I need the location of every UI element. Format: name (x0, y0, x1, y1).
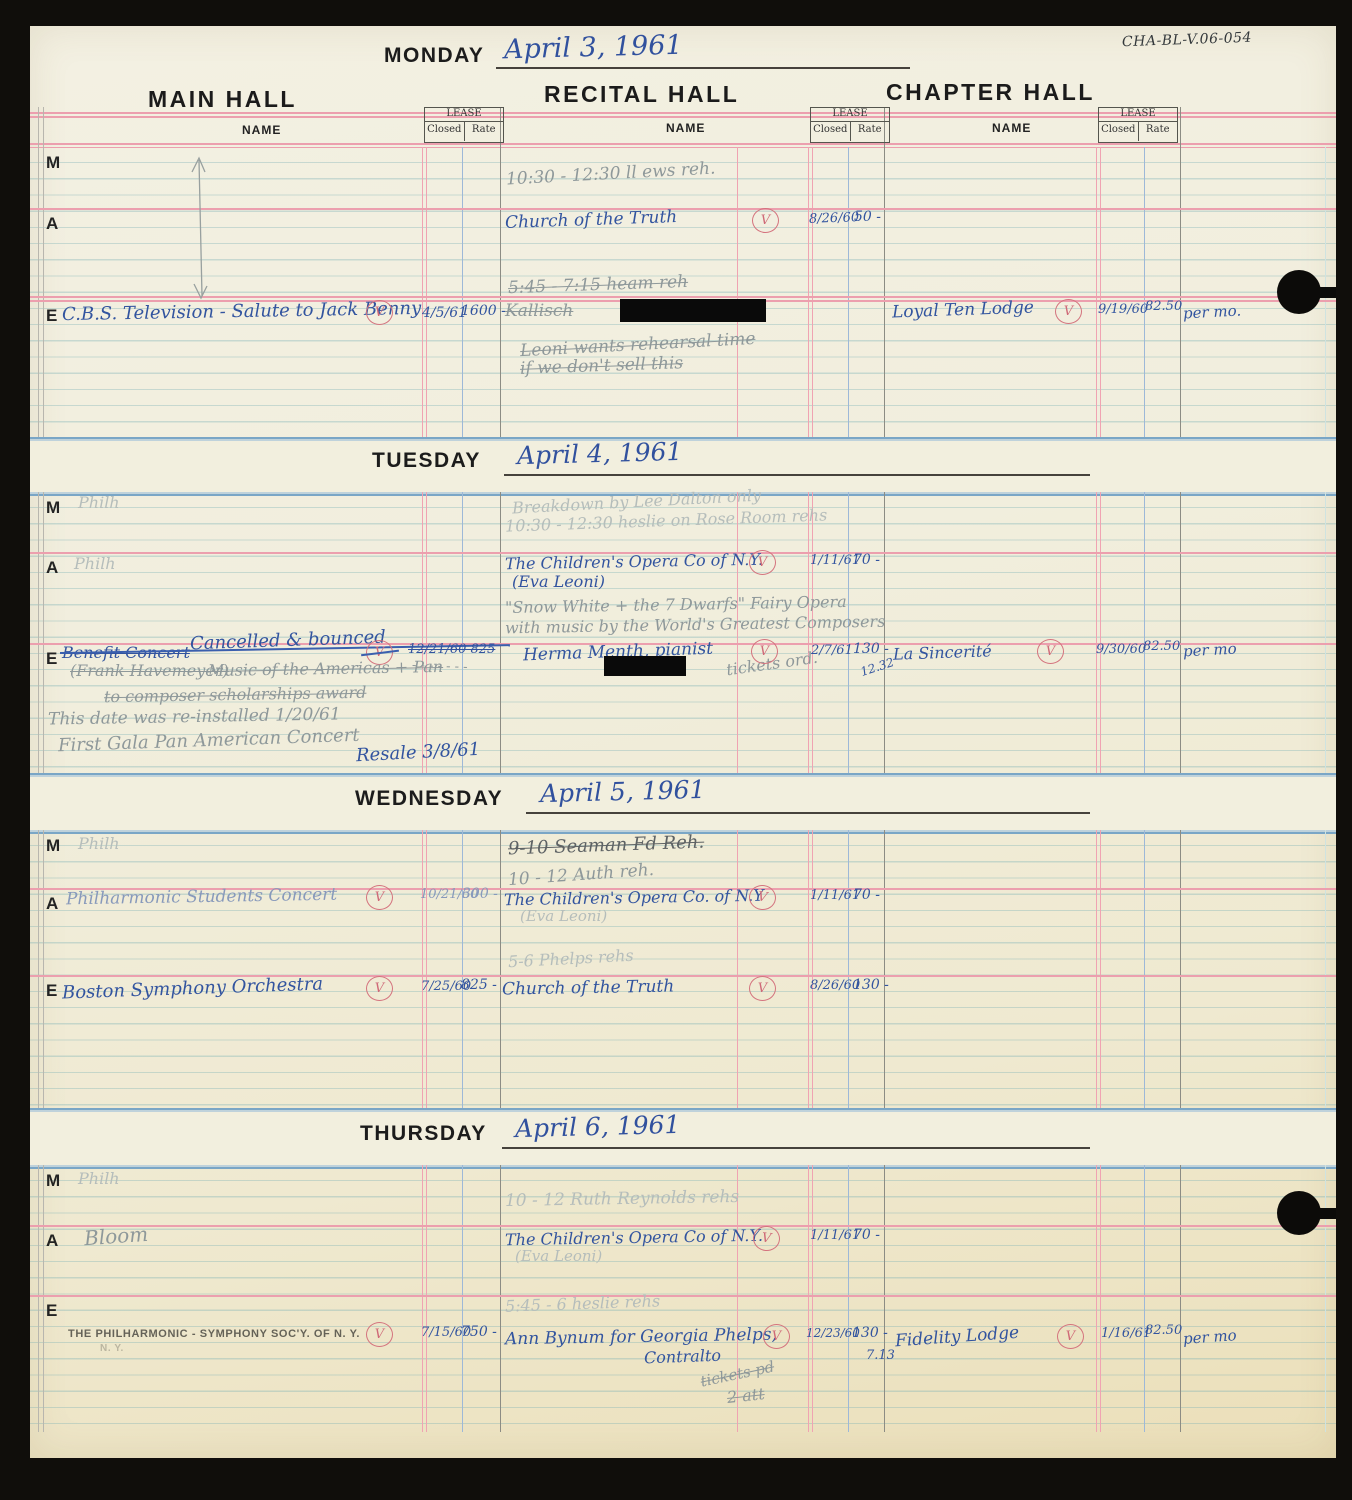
approval-check: V (1037, 639, 1064, 664)
lease-struck: 12/21/60 825 (408, 643, 495, 656)
column-rule (1180, 492, 1181, 773)
slot-label-E: E (46, 306, 57, 326)
slot-label-A: A (46, 214, 58, 234)
column-rule (422, 147, 423, 437)
entry-struck: Kallisch (505, 303, 573, 320)
reference-code: CHA-BL-V.06-054 (1122, 30, 1252, 51)
day-date-underline (504, 474, 1090, 476)
lease-label: LEASE (425, 108, 503, 122)
entry-ann-bynum: Ann Bynum for Georgia Phelps, (505, 1327, 777, 1349)
lease-rate: 1600 - (461, 304, 506, 318)
column-rule (422, 830, 423, 1108)
column-rule (1144, 492, 1145, 773)
closed-label: Closed (425, 122, 464, 141)
punch-hole-stub (1312, 287, 1336, 298)
column-rule (43, 147, 44, 437)
slot-label-E: E (46, 649, 57, 669)
lease-rate: 82.50 (1145, 300, 1182, 313)
column-rule (426, 147, 427, 437)
rate-label: Rate (850, 122, 890, 141)
column-rule (422, 492, 423, 773)
closed-label: Closed (1099, 122, 1138, 141)
rate-label: Rate (464, 122, 504, 141)
column-rule (848, 830, 849, 1108)
column-rule (43, 492, 44, 773)
column-rule (1325, 830, 1326, 1108)
column-rule (38, 1165, 39, 1432)
column-rule (426, 830, 427, 1108)
note-struck: Music of the Americas + Pan (208, 659, 443, 679)
day-label-tuesday: TUESDAY (372, 449, 481, 473)
approval-check: V (749, 976, 776, 1001)
lease-closed: 9/30/60 (1096, 643, 1146, 656)
column-rule (500, 830, 501, 1108)
column-rule (43, 107, 44, 147)
approval-check: V (763, 1324, 790, 1349)
column-rule (812, 147, 813, 437)
redaction (604, 656, 686, 676)
column-rule (1096, 147, 1097, 437)
row-rule (30, 208, 1336, 210)
slot-label-A: A (46, 894, 58, 914)
approval-check: V (752, 208, 779, 233)
note-hall: Philh (78, 836, 120, 852)
column-rule (1144, 1165, 1145, 1432)
slot-label-A: A (46, 1231, 58, 1251)
column-rule (1096, 830, 1097, 1108)
hall-title-chapter: CHAPTER HALL (886, 79, 1095, 106)
scanned-ledger: CHA-BL-V.06-054 MAIN HALL RECITAL HALL C… (0, 0, 1352, 1500)
lease-header-box: LEASE Closed Rate (1098, 107, 1178, 143)
entry-philharmonic-stamp: THE PHILHARMONIC - SYMPHONY SOC'Y. OF N.… (68, 1329, 360, 1340)
table-header: NAME NAME NAME LEASE Closed Rate LEASE C… (30, 107, 1336, 147)
column-rule (500, 1165, 501, 1432)
entry-childrens-opera: The Children's Opera Co of N.Y. (505, 552, 763, 573)
day-label-wednesday: WEDNESDAY (355, 787, 503, 811)
day-band-thursday (30, 1108, 1336, 1169)
day-band-tuesday (30, 437, 1336, 496)
slot-label-E: E (46, 1301, 57, 1321)
column-rule (462, 147, 463, 437)
column-rule (1180, 830, 1181, 1108)
entry-loyal-ten-lodge: Loyal Ten Lodge (892, 300, 1034, 322)
row-rule (30, 1295, 1336, 1297)
approval-check: V (366, 885, 393, 910)
column-rule (848, 147, 849, 437)
column-rule (808, 147, 809, 437)
column-rule (38, 107, 39, 147)
lease-label: LEASE (1099, 108, 1177, 122)
column-rule (737, 830, 738, 1108)
column-rule (38, 492, 39, 773)
note-struck: (Frank Havemeyer) (70, 663, 229, 679)
lease-rate: 82.50 (1143, 640, 1180, 653)
note-rehearsal: 10 - 12 Ruth Reynolds rehs (505, 1189, 739, 1210)
row-rule (30, 296, 1336, 298)
approval-check: V (751, 639, 778, 664)
rate-unit: per mo (1183, 1328, 1238, 1347)
day-date: April 3, 1961 (504, 30, 683, 66)
lease-label: LEASE (811, 108, 889, 122)
lease-rate: 50 - (854, 210, 881, 224)
lease-rate: 130 - (853, 642, 889, 656)
day-rows-wednesday: MAE (30, 830, 1336, 1108)
slot-label-E: E (46, 981, 57, 1001)
slot-label-M: M (46, 153, 60, 173)
column-rule (462, 1165, 463, 1432)
column-rule (848, 1165, 849, 1432)
day-date: April 4, 1961 (517, 437, 683, 470)
day-label-monday: MONDAY (384, 44, 484, 68)
day-label-thursday: THURSDAY (360, 1122, 487, 1146)
entry-philharmonic-students: Philharmonic Students Concert (66, 887, 337, 909)
column-rule (1100, 1165, 1101, 1432)
note-hall: Philh (78, 1171, 120, 1187)
lease-rate: 130 - (853, 978, 889, 992)
column-rule (884, 147, 885, 437)
lease-closed: 1/16/61 (1101, 1327, 1151, 1340)
column-rule (426, 1165, 427, 1432)
ledger-page: CHA-BL-V.06-054 MAIN HALL RECITAL HALL C… (30, 26, 1336, 1458)
column-rule (808, 830, 809, 1108)
lease-rate: 300 - (462, 887, 498, 901)
column-rule (1096, 492, 1097, 773)
redaction (620, 299, 766, 322)
note-hall: Philh (74, 556, 116, 572)
approval-check: V (1055, 299, 1082, 324)
lease-rate: 70 - (853, 1228, 880, 1242)
pencil-arrow (188, 150, 216, 313)
day-date-underline (526, 812, 1090, 814)
slot-label-M: M (46, 498, 60, 518)
punch-hole-stub (1312, 1208, 1336, 1219)
approval-check: V (366, 976, 393, 1001)
column-rule (1325, 492, 1326, 773)
column-header-name: NAME (992, 121, 1031, 135)
entry-church-of-truth: Church of the Truth (502, 978, 675, 998)
note-hall: Bloom (83, 1224, 148, 1248)
column-rule (38, 147, 39, 437)
lease-rate: 750 - (461, 1325, 497, 1339)
closed-label: Closed (811, 122, 850, 141)
column-rule (1096, 1165, 1097, 1432)
column-rule (462, 492, 463, 773)
column-rule (43, 1165, 44, 1432)
lease-closed: 8/26/60 (809, 211, 860, 226)
approval-check: V (1057, 1324, 1084, 1349)
rule-line (30, 143, 1336, 145)
entry-la-sincerite: La Sincerité (893, 643, 992, 662)
approval-check: V (366, 300, 393, 325)
day-date: April 6, 1961 (515, 1110, 681, 1143)
day-date-underline (502, 1147, 1090, 1149)
entry-philharmonic-stamp-2: N. Y. (100, 1344, 124, 1354)
note-hall: Philh (78, 495, 120, 511)
slot-label-M: M (46, 836, 60, 856)
lease-rate: 82.50 (1145, 1324, 1182, 1337)
column-rule (426, 492, 427, 773)
lease-rate: 70 - (853, 553, 880, 567)
lease-rate: 130 - (852, 1326, 888, 1340)
column-rule (1144, 147, 1145, 437)
slot-label-M: M (46, 1171, 60, 1191)
approval-check: V (749, 550, 776, 575)
lease-closed: 2/7/61 (811, 644, 853, 657)
column-rule (1325, 1165, 1326, 1432)
column-rule (1180, 107, 1181, 147)
rate-unit: per mo. (1183, 303, 1242, 321)
column-rule (884, 492, 885, 773)
lease-header-box: LEASE Closed Rate (810, 107, 890, 143)
rate-unit: per mo (1183, 642, 1237, 660)
hall-title-recital: RECITAL HALL (544, 81, 739, 108)
column-rule (462, 830, 463, 1108)
lease-header-box: LEASE Closed Rate (424, 107, 504, 143)
column-rule (884, 1165, 885, 1432)
column-rule (848, 492, 849, 773)
entry-note: (Eva Leoni) (512, 574, 605, 590)
lease-rate: 70 - (853, 888, 880, 902)
column-rule (812, 492, 813, 773)
rate-label: Rate (1138, 122, 1178, 141)
entry-childrens-opera: The Children's Opera Co of N.Y. (505, 1228, 763, 1249)
column-rule (1144, 830, 1145, 1108)
column-rule (1180, 147, 1181, 437)
column-rule (884, 830, 885, 1108)
column-rule (1100, 492, 1101, 773)
note-struck: to composer scholarships award (104, 685, 367, 706)
column-rule (1180, 1165, 1181, 1432)
entry-note: (Eva Leoni) (515, 1249, 602, 1264)
column-rule (1100, 147, 1101, 437)
entry-ann-bynum-2: Contralto (644, 1348, 721, 1367)
day-date: April 5, 1961 (540, 775, 706, 808)
column-rule (422, 1165, 423, 1432)
column-header-name: NAME (242, 123, 281, 137)
column-rule (38, 830, 39, 1108)
day-date-underline (496, 67, 910, 69)
column-rule (812, 1165, 813, 1432)
approval-check: V (366, 1322, 393, 1347)
column-rule (808, 492, 809, 773)
column-rule (808, 1165, 809, 1432)
slot-label-A: A (46, 558, 58, 578)
lease-rate: 825 - (461, 978, 497, 992)
lease-rate-extra: 7.13 (866, 1349, 895, 1362)
column-rule (812, 830, 813, 1108)
column-rule (500, 147, 501, 437)
column-rule (500, 492, 501, 773)
column-rule (737, 147, 738, 437)
column-rule (1100, 830, 1101, 1108)
column-header-name: NAME (666, 121, 705, 135)
lease-closed: 9/19/60 (1098, 303, 1148, 316)
entry-note: (Eva Leoni) (520, 909, 607, 924)
entry-childrens-opera: The Children's Opera Co. of N.Y (504, 888, 764, 909)
note-struck: 2 att (726, 1386, 765, 1406)
column-rule (43, 830, 44, 1108)
